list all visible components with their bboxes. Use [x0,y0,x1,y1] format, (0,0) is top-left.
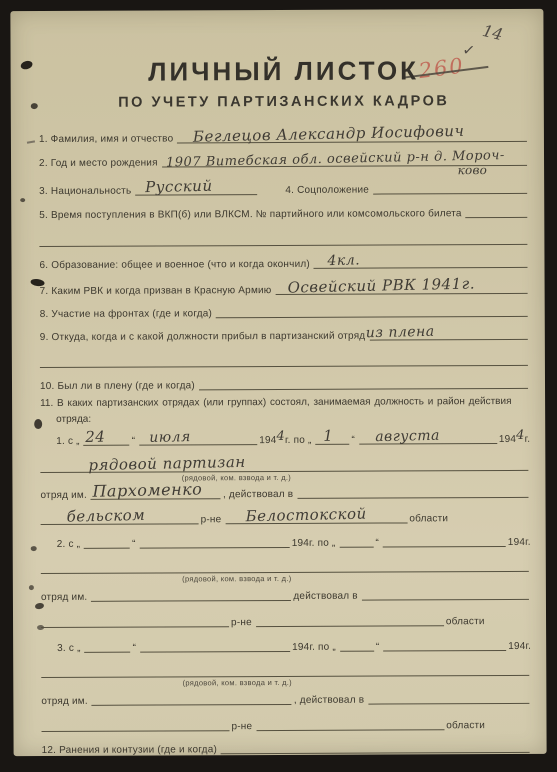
pencil-dash [27,140,35,143]
printed-text: г. по „ [309,538,336,549]
printed-text: , действовал в [223,489,293,500]
line-caption: (рядовой, ком. взвода и т. д.) [70,573,403,583]
damage-spot [29,585,34,590]
fill-line: Беглецов Александр Иосифович [177,126,527,144]
fill-line [383,635,506,652]
printed-text: 194 [499,434,516,445]
handwritten-value: бельском [66,506,145,526]
field-label: 1. Фамилия, имя и отчество [39,133,173,145]
service-entry-area: бельском р-не Белостокской области [41,507,531,526]
fill-line [41,715,229,732]
form-subtitle: ПО УЧЕТУ ПАРТИЗАНСКИХ КАДРОВ [39,93,529,111]
handwritten-value: Русский [145,177,213,196]
printed-text: 194 [292,538,309,549]
printed-text: “ [132,436,136,447]
field-label: 7. Каким РВК и когда призван в Красную А… [40,285,272,297]
handwritten-value: июля [149,429,191,446]
handwritten-value: Пархоменко [93,479,203,500]
fill-line: 4кл. [314,252,528,269]
field-label: 4. Соцположение [285,185,369,196]
paper-sheet: 14 ✓ 260 ЛИЧНЫЙ ЛИСТОК ПО УЧЕТУ ПАРТИЗАН… [10,9,546,756]
printed-text: г. [526,641,532,652]
service-entry-area: р-не области [41,714,531,733]
printed-text: р-не [201,514,222,525]
fill-line [297,482,528,499]
field-units-heading: 11. В каких партизанских отрядах (или гр… [40,394,530,428]
fill-line: Пархоменко [91,483,221,500]
fill-line [140,532,290,549]
handwritten-value: рядовой партизан [88,453,246,474]
scanned-document: 14 ✓ 260 ЛИЧНЫЙ ЛИСТОК ПО УЧЕТУ ПАРТИЗАН… [0,0,557,772]
printed-text: “ [376,642,380,653]
fill-line: из плена [369,324,528,341]
printed-text: области [409,513,448,524]
damage-spot [20,198,25,202]
printed-text: отряд им. [41,696,88,707]
service-entry-area: р-не области [41,610,531,629]
fill-line [91,585,291,602]
printed-text: “ [133,643,137,654]
service-entry-dates: 3. с „ “ 194 г. по „ “ 194 г. [57,635,531,654]
field-label: отряда: [56,414,91,425]
printed-text: “ [351,435,355,446]
fill-line [199,373,528,390]
field-party-cont [39,229,529,248]
fill-line: 24 [84,430,130,446]
fill-line: Освейский РВК 1941г. [275,278,527,295]
fill-line: Белостокской [225,507,407,524]
printed-text: с „ [68,539,80,550]
field-label: 11. В каких партизанских отрядах (или гр… [40,396,511,409]
field-captivity: 10. Был ли в плену (где и когда) [40,373,530,392]
handwritten-value: Освейский РВК 1941г. [287,275,475,297]
damage-spot [31,103,38,109]
fill-line [466,202,528,218]
service-entry-unit: отряд им. , действовал в [41,688,531,707]
fill-line [41,611,229,628]
printed-text: р-не [231,721,252,732]
printed-text: р-не [231,617,252,628]
field-party: 5. Время поступления в ВКП(б) или ВЛКСМ.… [39,202,529,221]
printed-text: с „ [68,436,80,447]
fill-line: июля [139,429,257,446]
field-label: 10. Был ли в плену (где и когда) [40,380,195,392]
fill-line [40,350,528,368]
fill-line [216,301,528,318]
handwritten-value: 4кл. [328,252,361,269]
printed-text: области [446,616,485,627]
damage-spot [31,546,37,551]
fill-line: Русский [135,179,257,196]
fill-line [85,637,131,653]
service-entry-position [41,556,531,575]
printed-text: 194 [259,435,276,446]
printed-text: 194 [508,537,525,548]
printed-text: “ [375,538,379,549]
fill-line [221,737,530,754]
field-rvk: 7. Каким РВК и когда призван в Красную А… [40,278,530,297]
fill-line: рядовой партизан [40,455,528,473]
printed-text: отряд им. [41,592,88,603]
service-entry-unit: отряд им. действовал в [41,584,531,603]
line-caption: (рядовой, ком. взвода и т. д.) [71,677,404,687]
fill-line [368,688,529,705]
entry-number: 2. [57,539,66,550]
handwritten-value: Беглецов Александр Иосифович [193,122,465,146]
fill-line [140,636,290,653]
handwritten-value: 4 [516,428,525,443]
printed-text: 194 [292,642,309,653]
field-birth: 2. Год и место рождения 1907 Витебская о… [39,150,529,169]
field-origin-cont [40,350,530,369]
fill-line [41,660,529,678]
field-fronts: 8. Участие на фронтах (где и когда) [40,301,530,320]
field-label: 8. Участие на фронтах (где и когда) [40,308,212,320]
printed-text: действовал в [293,591,357,602]
fill-line: августа [359,428,497,445]
field-wounds: 12. Ранения и контузии (где и когда) [42,737,532,756]
field-label: 6. Образование: общее и военное (что и к… [39,259,309,271]
entry-number: 1. [56,436,65,447]
printed-text: г. по „ [285,435,312,446]
fill-line: бельском [41,508,199,525]
field-label: 9. Откуда, когда и с какой должности при… [40,331,366,343]
form-title: ЛИЧНЫЙ ЛИСТОК [39,55,529,88]
field-label: 2. Год и место рождения [39,158,158,170]
fill-line [362,584,529,601]
printed-text: отряд им. [40,490,87,501]
field-nationality: 3. Национальность Русский 4. Соцположени… [39,178,529,197]
handwritten-value: августа [375,428,440,445]
fill-line [41,556,529,574]
fill-line [256,610,444,627]
printed-text: г. по „ [309,642,336,653]
printed-text: г. [525,537,531,548]
service-entry-dates: 2. с „ “ 194 г. по „ “ 194 г. [57,531,531,550]
printed-text: , действовал в [294,695,364,706]
handwritten-value: ково [458,163,487,177]
handwritten-value: 24 [85,428,105,446]
fill-line [256,714,444,731]
service-entry-position: рядовой партизан [40,455,530,474]
fill-line: 1 [315,429,349,445]
handwritten-value: Белостокской [245,505,367,526]
fill-line [373,178,527,195]
fill-line [383,531,506,548]
service-entry-dates: 1. с „ 24 “ июля 1944 г. по „ 1 “ август… [56,428,530,447]
handwritten-value: из плена [365,324,434,341]
fill-line [339,532,373,548]
printed-text: с „ [69,643,81,654]
damage-spot [20,60,34,71]
fill-line [84,533,130,549]
fill-line [39,229,527,247]
printed-text: “ [132,539,136,550]
fill-line [92,689,292,706]
printed-text: 194 [508,641,525,652]
service-entry-position [41,660,531,679]
printed-text: области [446,720,485,731]
field-surname: 1. Фамилия, имя и отчество Беглецов Алек… [39,126,529,145]
field-label: 12. Ранения и контузии (где и когда) [42,744,217,756]
field-education: 6. Образование: общее и военное (что и к… [39,252,529,271]
handwritten-value: 1 [323,427,333,445]
field-label: 3. Национальность [39,186,131,197]
field-label: 5. Время поступления в ВКП(б) или ВЛКСМ.… [39,208,461,221]
service-entry-unit: отряд им. Пархоменко , действовал в [40,482,530,501]
fill-line [340,636,374,652]
entry-number: 3. [57,643,66,654]
handwritten-value: 4 [276,429,285,444]
field-origin: 9. Откуда, когда и с какой должности при… [40,324,530,343]
printed-text: г. [525,434,531,445]
